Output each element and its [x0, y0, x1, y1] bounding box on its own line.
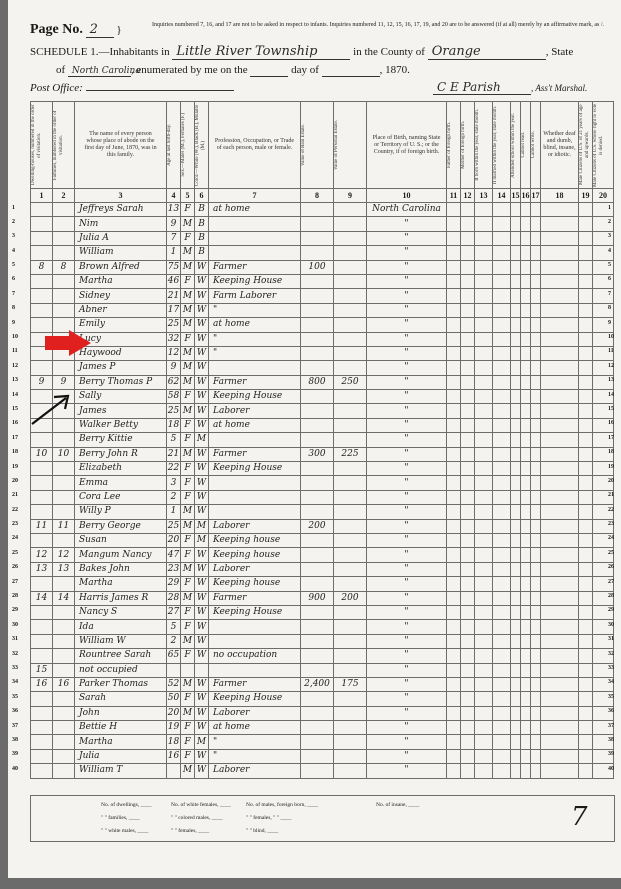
family-number	[53, 505, 75, 519]
line-number-right: 4	[608, 248, 611, 254]
line-number-right: 8	[608, 305, 611, 311]
dwelling-number	[31, 462, 53, 476]
real-estate-value	[301, 246, 334, 260]
family-number: 11	[53, 519, 75, 533]
col-16-cell	[521, 649, 531, 663]
birthplace: "	[367, 605, 447, 619]
col-13-cell	[475, 706, 493, 720]
col-num: 7	[209, 189, 301, 203]
sex: M	[181, 404, 195, 418]
col-12-cell	[461, 303, 475, 317]
col-14-cell	[493, 303, 511, 317]
col-12-cell	[461, 217, 475, 231]
col-14-cell	[493, 706, 511, 720]
real-estate-value: 900	[301, 591, 334, 605]
person-name: Cora Lee	[75, 490, 167, 504]
col-15-cell	[511, 217, 521, 231]
color: W	[195, 591, 209, 605]
dwelling-number	[31, 246, 53, 260]
birthplace: "	[367, 274, 447, 288]
line-number-left: 18	[12, 449, 18, 455]
birthplace: "	[367, 447, 447, 461]
age: 9	[167, 361, 181, 375]
col-13-cell	[475, 375, 493, 389]
col-19-cell	[579, 764, 593, 778]
col-16-cell	[521, 203, 531, 217]
col-16-cell	[521, 418, 531, 432]
table-row: William TMWLaborer"	[31, 764, 614, 778]
table-row: Elizabeth22FWKeeping House"	[31, 462, 614, 476]
line-number-left: 22	[12, 507, 18, 513]
col-12-cell	[461, 375, 475, 389]
col-header-2: Families, numbered in the order of visit…	[53, 102, 75, 189]
col-16-cell	[521, 677, 531, 691]
person-name: not occupied	[75, 663, 167, 677]
family-number: 10	[53, 447, 75, 461]
col-14-cell	[493, 677, 511, 691]
col-15-cell	[511, 332, 521, 346]
occupation: Laborer	[209, 764, 301, 778]
col-15-cell	[511, 375, 521, 389]
page-number: 2	[86, 22, 114, 38]
col-14-cell	[493, 260, 511, 274]
occupation: Keeping House	[209, 274, 301, 288]
age: 17	[167, 303, 181, 317]
col-15-cell	[511, 562, 521, 576]
col-14-cell	[493, 418, 511, 432]
col-13-cell	[475, 505, 493, 519]
col-14-cell	[493, 620, 511, 634]
post-office-label: Post Office:	[30, 82, 83, 94]
table-row: 1010Berry John R21MWFarmer300225"	[31, 447, 614, 461]
col-header-13: If born within the year, state month.	[475, 102, 493, 189]
col-19-cell	[579, 289, 593, 303]
occupation	[209, 620, 301, 634]
marshal-line: C E Parish, Ass't Marshal.	[433, 80, 587, 95]
birthplace: "	[367, 764, 447, 778]
personal-estate-value	[334, 203, 367, 217]
col-13-cell	[475, 303, 493, 317]
personal-estate-value: 175	[334, 677, 367, 691]
col-19-cell	[579, 490, 593, 504]
person-name: Julia A	[75, 231, 167, 245]
personal-estate-value	[334, 332, 367, 346]
line-number-left: 26	[12, 564, 18, 570]
col-11-cell	[447, 303, 461, 317]
footer-colored-females: " " females, ____	[171, 828, 209, 834]
col-15-cell	[511, 289, 521, 303]
col-15-cell	[511, 505, 521, 519]
col-11-cell	[447, 375, 461, 389]
line-number-right: 14	[608, 392, 614, 398]
col-13-cell	[475, 217, 493, 231]
county-label: in the County of	[353, 46, 425, 58]
col-num: 8	[301, 189, 334, 203]
line-number-left: 12	[12, 363, 18, 369]
col-11-cell	[447, 476, 461, 490]
col-num: 3	[75, 189, 167, 203]
col-14-cell	[493, 203, 511, 217]
birthplace: "	[367, 260, 447, 274]
family-number: 9	[53, 375, 75, 389]
col-11-cell	[447, 246, 461, 260]
col-16-cell	[521, 246, 531, 260]
col-19-cell	[579, 533, 593, 547]
col-18-cell	[541, 721, 579, 735]
real-estate-value	[301, 605, 334, 619]
col-18-cell	[541, 346, 579, 360]
dwelling-number	[31, 231, 53, 245]
occupation: Keeping House	[209, 605, 301, 619]
col-19-cell	[579, 217, 593, 231]
col-13-cell	[475, 203, 493, 217]
col-15-cell	[511, 677, 521, 691]
sex: F	[181, 332, 195, 346]
col-16-cell	[521, 533, 531, 547]
color: W	[195, 605, 209, 619]
line-number-left: 3	[12, 233, 15, 239]
col-11-cell	[447, 231, 461, 245]
col-18-cell	[541, 519, 579, 533]
col-17-cell	[531, 375, 541, 389]
family-number	[53, 246, 75, 260]
personal-estate-value	[334, 246, 367, 260]
occupation: "	[209, 346, 301, 360]
color: W	[195, 490, 209, 504]
col-14-cell	[493, 361, 511, 375]
sex: M	[181, 447, 195, 461]
col-16-cell	[521, 620, 531, 634]
col-17-cell	[531, 462, 541, 476]
birthplace: "	[367, 361, 447, 375]
col-15-cell	[511, 318, 521, 332]
col-14-cell	[493, 505, 511, 519]
col-19-cell	[579, 303, 593, 317]
col-16-cell	[521, 303, 531, 317]
col-18-cell	[541, 217, 579, 231]
personal-estate-value	[334, 577, 367, 591]
state: North Carolina	[68, 66, 131, 77]
col-19-cell	[579, 361, 593, 375]
table-row: Martha29FWKeeping house"	[31, 577, 614, 591]
age: 16	[167, 749, 181, 763]
occupation: Farmer	[209, 677, 301, 691]
col-18-cell	[541, 735, 579, 749]
col-11-cell	[447, 505, 461, 519]
col-13-cell	[475, 649, 493, 663]
col-18-cell	[541, 274, 579, 288]
personal-estate-value	[334, 418, 367, 432]
real-estate-value	[301, 231, 334, 245]
birthplace: "	[367, 634, 447, 648]
col-16-cell	[521, 390, 531, 404]
age: 47	[167, 548, 181, 562]
line-number-left: 10	[12, 334, 18, 340]
col-11-cell	[447, 706, 461, 720]
family-number	[53, 706, 75, 720]
age: 29	[167, 577, 181, 591]
col-header-8: Value of Real Estate.	[301, 102, 334, 189]
col-15-cell	[511, 749, 521, 763]
col-19-cell	[579, 433, 593, 447]
county: Orange	[428, 44, 546, 60]
col-11-cell	[447, 591, 461, 605]
col-15-cell	[511, 649, 521, 663]
real-estate-value: 200	[301, 519, 334, 533]
age	[167, 663, 181, 677]
col-17-cell	[531, 418, 541, 432]
line-number-left: 11	[12, 348, 18, 354]
col-header-3: The name of every person whose place of …	[75, 102, 167, 189]
family-number: 12	[53, 548, 75, 562]
col-15-cell	[511, 533, 521, 547]
occupation: Keeping House	[209, 462, 301, 476]
state-label: , State	[546, 46, 574, 58]
age: 65	[167, 649, 181, 663]
line-number-right: 34	[608, 679, 614, 685]
line-number-left: 27	[12, 579, 18, 585]
year: , 1870.	[380, 64, 410, 76]
person-name: Mangum Nancy	[75, 548, 167, 562]
line-number-right: 5	[608, 262, 611, 268]
col-15-cell	[511, 404, 521, 418]
age: 5	[167, 433, 181, 447]
personal-estate-value	[334, 433, 367, 447]
table-row: Abner17MW""	[31, 303, 614, 317]
real-estate-value	[301, 764, 334, 778]
birthplace: "	[367, 505, 447, 519]
col-15-cell	[511, 548, 521, 562]
line-number-right: 40	[608, 766, 614, 772]
personal-estate-value: 200	[334, 591, 367, 605]
dwelling-number	[31, 692, 53, 706]
line-number-right: 13	[608, 377, 614, 383]
col-16-cell	[521, 591, 531, 605]
col-13-cell	[475, 231, 493, 245]
col-15-cell	[511, 246, 521, 260]
col-14-cell	[493, 231, 511, 245]
col-14-cell	[493, 246, 511, 260]
col-header-4: Age at last birth-day.	[167, 102, 181, 189]
page-label: Page No.	[30, 22, 83, 37]
col-14-cell	[493, 404, 511, 418]
color: W	[195, 447, 209, 461]
line-number-left: 35	[12, 694, 18, 700]
color: W	[195, 260, 209, 274]
col-17-cell	[531, 692, 541, 706]
col-13-cell	[475, 404, 493, 418]
col-17-cell	[531, 519, 541, 533]
line-number-right: 26	[608, 564, 614, 570]
birthplace: "	[367, 519, 447, 533]
color: M	[195, 735, 209, 749]
birthplace: "	[367, 548, 447, 562]
col-14-cell	[493, 577, 511, 591]
line-number-right: 17	[608, 435, 614, 441]
col-num: 2	[53, 189, 75, 203]
color: W	[195, 332, 209, 346]
personal-estate-value	[334, 462, 367, 476]
age: 25	[167, 318, 181, 332]
family-number	[53, 649, 75, 663]
census-sheet: Page No. 2 } Inquiries numbered 7, 16, a…	[8, 0, 621, 878]
col-12-cell	[461, 577, 475, 591]
col-11-cell	[447, 562, 461, 576]
col-17-cell	[531, 433, 541, 447]
table-row: Jeffreys Sarah13FBat homeNorth Carolina	[31, 203, 614, 217]
col-17-cell	[531, 706, 541, 720]
col-11-cell	[447, 289, 461, 303]
col-11-cell	[447, 634, 461, 648]
color: W	[195, 706, 209, 720]
col-12-cell	[461, 404, 475, 418]
col-14-cell	[493, 462, 511, 476]
table-row: Sidney21MWFarm Laborer"	[31, 289, 614, 303]
col-12-cell	[461, 476, 475, 490]
line-number-left: 23	[12, 521, 18, 527]
age: 9	[167, 217, 181, 231]
occupation: no occupation	[209, 649, 301, 663]
table-row: 1616Parker Thomas52MWFarmer2,400175"	[31, 677, 614, 691]
occupation	[209, 634, 301, 648]
col-17-cell	[531, 404, 541, 418]
person-name: Bakes John	[75, 562, 167, 576]
person-name: Julia	[75, 749, 167, 763]
age: 12	[167, 346, 181, 360]
col-13-cell	[475, 548, 493, 562]
sex: F	[181, 735, 195, 749]
color: W	[195, 620, 209, 634]
line-number-right: 22	[608, 507, 614, 513]
line-number-left: 39	[12, 751, 18, 757]
col-19-cell	[579, 735, 593, 749]
dwelling-number: 12	[31, 548, 53, 562]
dwelling-number	[31, 361, 53, 375]
footer-dwellings: No. of dwellings, ____	[101, 802, 152, 808]
real-estate-value	[301, 634, 334, 648]
col-12-cell	[461, 462, 475, 476]
family-number	[53, 577, 75, 591]
col-17-cell	[531, 447, 541, 461]
color: W	[195, 418, 209, 432]
family-number	[53, 749, 75, 763]
col-18-cell	[541, 447, 579, 461]
census-table: Dwelling-houses, numbered in the order o…	[30, 101, 614, 779]
occupation: Farmer	[209, 375, 301, 389]
col-17-cell	[531, 591, 541, 605]
col-18-cell	[541, 361, 579, 375]
line-number-right: 39	[608, 751, 614, 757]
occupation	[209, 231, 301, 245]
line-number-left: 2	[12, 219, 15, 225]
table-row: 1313Bakes John23MWLaborer"	[31, 562, 614, 576]
real-estate-value	[301, 663, 334, 677]
table-row: Bettie H19FWat home"	[31, 721, 614, 735]
birthplace: "	[367, 591, 447, 605]
col-header-10: Place of Birth, naming State or Territor…	[367, 102, 447, 189]
col-13-cell	[475, 332, 493, 346]
line-number-left: 5	[12, 262, 15, 268]
sex: M	[181, 375, 195, 389]
col-13-cell	[475, 433, 493, 447]
person-name: William T	[75, 764, 167, 778]
col-14-cell	[493, 591, 511, 605]
real-estate-value	[301, 361, 334, 375]
col-12-cell	[461, 533, 475, 547]
color: W	[195, 562, 209, 576]
birthplace: "	[367, 390, 447, 404]
col-14-cell	[493, 318, 511, 332]
line-number-right: 7	[608, 291, 611, 297]
col-15-cell	[511, 764, 521, 778]
table-row: William W2MW"	[31, 634, 614, 648]
col-19-cell	[579, 375, 593, 389]
footer-blind: " " blind, ____	[246, 828, 278, 834]
color: M	[195, 519, 209, 533]
col-11-cell	[447, 764, 461, 778]
table-row: Sarah50FWKeeping House"	[31, 692, 614, 706]
age: 21	[167, 289, 181, 303]
col-18-cell	[541, 476, 579, 490]
col-13-cell	[475, 692, 493, 706]
person-name: Emma	[75, 476, 167, 490]
sex	[181, 663, 195, 677]
col-num: 16	[521, 189, 531, 203]
real-estate-value	[301, 533, 334, 547]
table-row: Ida5FW"	[31, 620, 614, 634]
real-estate-value	[301, 721, 334, 735]
family-number	[53, 433, 75, 447]
table-row: 1111Berry George25MMLaborer200"	[31, 519, 614, 533]
footer-foreign-females: " " females, " " ____	[246, 815, 291, 821]
age	[167, 764, 181, 778]
line-number-left: 1	[12, 205, 15, 211]
col-15-cell	[511, 260, 521, 274]
col-13-cell	[475, 274, 493, 288]
col-13-cell	[475, 721, 493, 735]
dwelling-number: 13	[31, 562, 53, 576]
personal-estate-value	[334, 490, 367, 504]
person-name: Brown Alfred	[75, 260, 167, 274]
personal-estate-value	[334, 533, 367, 547]
color: W	[195, 634, 209, 648]
age: 20	[167, 533, 181, 547]
col-11-cell	[447, 721, 461, 735]
person-name: Berry George	[75, 519, 167, 533]
person-name: Martha	[75, 274, 167, 288]
col-18-cell	[541, 677, 579, 691]
real-estate-value	[301, 332, 334, 346]
col-19-cell	[579, 692, 593, 706]
col-11-cell	[447, 677, 461, 691]
real-estate-value	[301, 217, 334, 231]
col-12-cell	[461, 433, 475, 447]
occupation: Farm Laborer	[209, 289, 301, 303]
family-number	[53, 476, 75, 490]
occupation: Keeping house	[209, 533, 301, 547]
dwelling-number	[31, 433, 53, 447]
col-14-cell	[493, 634, 511, 648]
dwelling-number	[31, 203, 53, 217]
col-19-cell	[579, 332, 593, 346]
birthplace: "	[367, 649, 447, 663]
family-number	[53, 663, 75, 677]
col-13-cell	[475, 591, 493, 605]
color: W	[195, 375, 209, 389]
post-office-line: Post Office:	[30, 82, 234, 94]
line-number-left: 7	[12, 291, 15, 297]
line-number-left: 20	[12, 478, 18, 484]
